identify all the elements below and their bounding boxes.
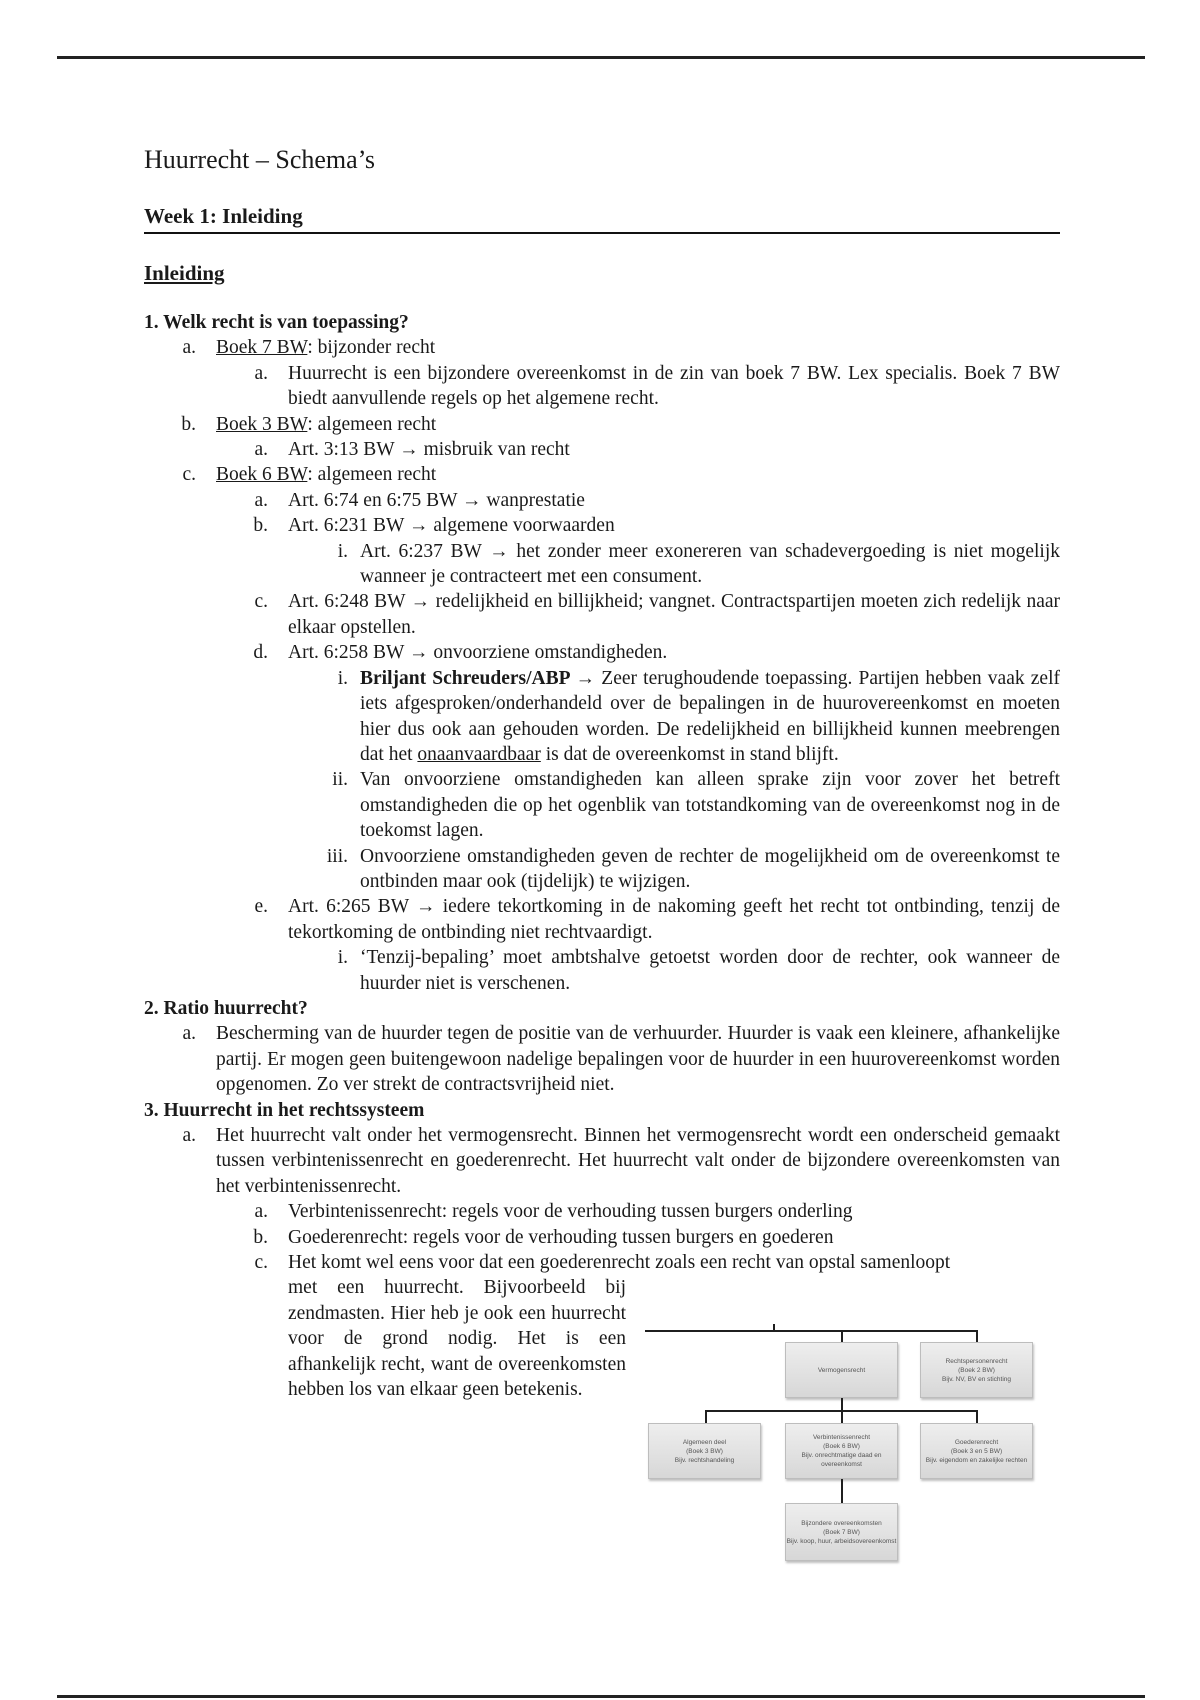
book-link-boek-3: Boek 3 BW	[216, 414, 307, 435]
list-marker: a.	[216, 1199, 268, 1224]
list-marker: i.	[288, 539, 348, 564]
list-text: Het komt wel eens voor dat een goederenr…	[288, 1252, 950, 1273]
list-text: Het huurrecht valt onder het vermogensre…	[216, 1125, 1060, 1197]
section-heading: Inleiding	[144, 261, 225, 286]
list-marker: a.	[216, 488, 268, 513]
list-text: Art. 3:13 BW → misbruik van recht	[288, 439, 570, 460]
list-item: a. Art. 3:13 BW → misbruik van recht	[144, 437, 1060, 462]
list-text: Art. 6:237 BW → het zonder meer exonerer…	[360, 541, 1060, 587]
list-text: met een huurrecht. Bijvoorbeeld bij zend…	[288, 1275, 626, 1402]
box-vermogensrecht: Vermogensrecht	[785, 1342, 898, 1398]
question-2-heading: 2. Ratio huurrecht?	[144, 996, 1060, 1021]
list-item: b. Boek 3 BW: algemeen recht	[144, 412, 1060, 437]
header-rule	[57, 56, 1145, 59]
box-verbintenissenrecht: Verbintenissenrecht(Boek 6 BW)Bijv. onre…	[785, 1423, 898, 1479]
case-name: Briljant Schreuders/ABP →	[360, 668, 595, 689]
list-text: Art. 6:248 BW → redelijkheid en billijkh…	[288, 591, 1060, 637]
list-item: a. Boek 7 BW: bijzonder recht	[144, 335, 1060, 360]
list-marker: a.	[216, 437, 268, 462]
list-item: a. Huurrecht is een bijzondere overeenko…	[144, 361, 1060, 412]
list-marker: i.	[288, 945, 348, 970]
question-1-heading: 1. Welk recht is van toepassing?	[144, 310, 1060, 335]
connector-line	[841, 1330, 843, 1342]
list-marker: iii.	[288, 844, 348, 869]
connector-line	[705, 1410, 707, 1423]
diagram-box-text: Bijzondere overeenkomsten	[786, 1519, 897, 1528]
list-marker: a.	[144, 1021, 196, 1046]
list-marker: b.	[216, 513, 268, 538]
box-bijzondere-overeenkomsten: Bijzondere overeenkomsten(Boek 7 BW)Bijv…	[785, 1503, 898, 1561]
list-marker: c.	[144, 462, 196, 487]
diagram-box-text: Verbintenissenrecht	[786, 1433, 897, 1442]
connector-line	[976, 1330, 978, 1342]
question-3-heading: 3. Huurrecht in het rechtssysteem	[144, 1098, 1060, 1123]
list-item: a. Art. 6:74 en 6:75 BW → wanprestatie	[144, 488, 1060, 513]
list-marker: a.	[216, 361, 268, 386]
diagram-box-text: Algemeen deel	[649, 1438, 760, 1447]
list-item: i. ‘Tenzij-bepaling’ moet ambtshalve get…	[144, 945, 1060, 996]
diagram-box-text: Goederenrecht	[921, 1438, 1032, 1447]
list-text: Verbintenissenrecht: regels voor de verh…	[288, 1201, 852, 1222]
list-item: a. Bescherming van de huurder tegen de p…	[144, 1021, 1060, 1097]
list-item: b. Goederenrecht: regels voor de verhoud…	[144, 1225, 1060, 1250]
diagram-box-text: Bijv. onrechtmatige daad en overeenkomst	[786, 1451, 897, 1469]
diagram-box-text: (Boek 3 BW)	[649, 1447, 760, 1456]
list-text: : algemeen recht	[307, 464, 436, 485]
list-item: iii. Onvoorziene omstandigheden geven de…	[144, 844, 1060, 895]
box-goederenrecht: Goederenrecht(Boek 3 en 5 BW)Bijv. eigen…	[920, 1423, 1033, 1479]
connector-line	[841, 1479, 843, 1503]
book-link-boek-7: Boek 7 BW	[216, 337, 307, 358]
list-marker: c.	[216, 1250, 268, 1275]
document-body: 1. Welk recht is van toepassing? a. Boek…	[144, 310, 1060, 1402]
week-heading: Week 1: Inleiding	[144, 204, 1060, 234]
list-marker: e.	[216, 894, 268, 919]
connector-line	[773, 1324, 775, 1331]
list-marker: b.	[144, 412, 196, 437]
connector-line	[976, 1410, 978, 1423]
list-item: a. Het huurrecht valt onder het vermogen…	[144, 1123, 1060, 1199]
diagram-box-text: Bijv. rechtshandeling	[649, 1456, 760, 1465]
list-item: c. Art. 6:248 BW → redelijkheid en billi…	[144, 589, 1060, 640]
diagram-box-text: (Boek 6 BW)	[786, 1442, 897, 1451]
list-item: c. Boek 6 BW: algemeen recht	[144, 462, 1060, 487]
diagram-box-text: Vermogensrecht	[786, 1366, 897, 1375]
list-text: Goederenrecht: regels voor de verhouding…	[288, 1227, 833, 1248]
list-text: Bescherming van de huurder tegen de posi…	[216, 1023, 1060, 1095]
list-text: : bijzonder recht	[307, 337, 435, 358]
diagram-box-text: Bijv. eigendom en zakelijke rechten	[921, 1456, 1032, 1465]
list-marker: a.	[144, 1123, 196, 1148]
connector-line	[645, 1330, 978, 1332]
list-item: b. Art. 6:231 BW → algemene voorwaarden	[144, 513, 1060, 538]
box-rechtspersonenrecht: Rechtspersonenrecht(Boek 2 BW)Bijv. NV, …	[920, 1342, 1033, 1398]
list-item: a. Verbintenissenrecht: regels voor de v…	[144, 1199, 1060, 1224]
emphasis-underlined: onaanvaardbaar	[417, 744, 540, 765]
connector-line	[841, 1410, 843, 1423]
list-text: Art. 6:265 BW → iedere tekortkoming in d…	[288, 896, 1060, 942]
list-text: : algemeen recht	[307, 414, 436, 435]
book-link-boek-6: Boek 6 BW	[216, 464, 307, 485]
diagram-box-text: (Boek 3 en 5 BW)	[921, 1447, 1032, 1456]
footer-rule	[57, 1695, 1145, 1698]
diagram-box-text: (Boek 7 BW)	[786, 1528, 897, 1537]
list-text: ‘Tenzij-bepaling’ moet ambtshalve getoet…	[360, 947, 1060, 993]
diagram-box-text: (Boek 2 BW)	[921, 1366, 1032, 1375]
list-text: Huurrecht is een bijzondere overeenkomst…	[288, 363, 1060, 409]
list-marker: b.	[216, 1225, 268, 1250]
diagram-box-text: Bijv. NV, BV en stichting	[921, 1375, 1032, 1384]
list-item: d. Art. 6:258 BW → onvoorziene omstandig…	[144, 640, 1060, 665]
box-algemeen-deel: Algemeen deel(Boek 3 BW)Bijv. rechtshand…	[648, 1423, 761, 1479]
list-marker: d.	[216, 640, 268, 665]
list-item: c. Het komt wel eens voor dat een goeder…	[144, 1250, 1060, 1275]
list-marker: ii.	[288, 767, 348, 792]
legal-system-diagram: Vermogensrecht Rechtspersonenrecht(Boek …	[645, 1318, 1045, 1568]
list-marker: a.	[144, 335, 196, 360]
list-item: e. Art. 6:265 BW → iedere tekortkoming i…	[144, 894, 1060, 945]
document-title: Huurrecht – Schema’s	[144, 145, 375, 175]
list-text: Art. 6:258 BW → onvoorziene omstandighed…	[288, 642, 667, 663]
list-marker: i.	[288, 666, 348, 691]
list-text: is dat de overeenkomst in stand blijft.	[541, 744, 839, 765]
list-text: Art. 6:74 en 6:75 BW → wanprestatie	[288, 490, 585, 511]
diagram-box-text: Rechtspersonenrecht	[921, 1357, 1032, 1366]
list-item: i. Briljant Schreuders/ABP → Zeer terugh…	[144, 666, 1060, 768]
list-item: ii. Van onvoorziene omstandigheden kan a…	[144, 767, 1060, 843]
diagram-box-text: Bijv. koop, huur, arbeidsovereenkomst	[786, 1537, 897, 1546]
list-item: i. Art. 6:237 BW → het zonder meer exone…	[144, 539, 1060, 590]
list-text: Van onvoorziene omstandigheden kan allee…	[360, 769, 1060, 841]
list-text: Art. 6:231 BW → algemene voorwaarden	[288, 515, 615, 536]
list-text: Onvoorziene omstandigheden geven de rech…	[360, 846, 1060, 892]
list-marker: c.	[216, 589, 268, 614]
